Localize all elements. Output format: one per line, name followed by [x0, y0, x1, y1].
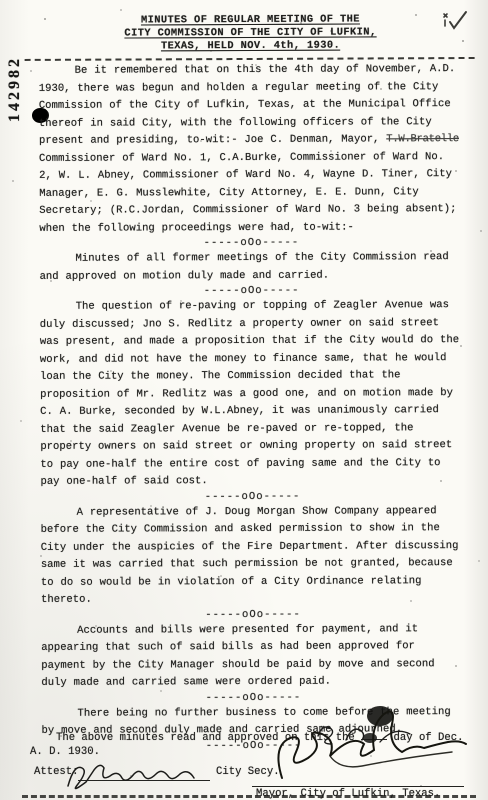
document-title: MINUTES OF REGULAR MEETING OF THE CITY C…	[38, 13, 462, 54]
document-body: MINUTES OF REGULAR MEETING OF THE CITY C…	[0, 0, 488, 754]
opening-text-b: Commissioner of Ward No. 1, C.A.Burke, C…	[39, 151, 457, 235]
attest-label: Attest:	[34, 766, 79, 778]
paragraph-morgan-show-request: A representative of J. Doug Morgan Show …	[41, 503, 465, 610]
mayor-title-label: Mayor, City of Lufkin, Texas.	[256, 788, 440, 800]
secretary-signature	[60, 756, 210, 796]
paragraph-bills-payment: Accounts and bills were presented for pa…	[41, 621, 465, 693]
mayor-signature-line	[252, 786, 464, 787]
secretary-title-label: City Secy.	[216, 766, 280, 778]
paragraph-zeagler-avenue-paving: The question of re-paving or topping of …	[40, 297, 465, 491]
struck-out-name: T.W.Bratelle	[386, 133, 459, 145]
title-line-3: TEXAS, HELD NOV. 4th, 1930.	[39, 39, 463, 54]
secretary-signature-line	[78, 780, 210, 781]
approval-line-text: The above minutes read and approved on t…	[56, 732, 355, 744]
scanned-minutes-page: 142982 MINUTES OF REGULAR MEETING OF THE…	[0, 0, 488, 800]
paragraph-minutes-approved: Minutes of all former meetings of the Ci…	[39, 249, 463, 286]
handwritten-date-blank	[361, 730, 387, 740]
signature-block: The above minutes read and approved on t…	[0, 730, 488, 800]
year-line: A. D. 1930.	[30, 746, 100, 758]
approval-line: The above minutes read and approved on t…	[56, 730, 463, 744]
paragraph-opening: Be it remembered that on this the 4th da…	[39, 61, 464, 238]
scan-bottom-edge-artifact	[22, 795, 476, 798]
approval-line-end: day of Dec.	[394, 732, 464, 744]
